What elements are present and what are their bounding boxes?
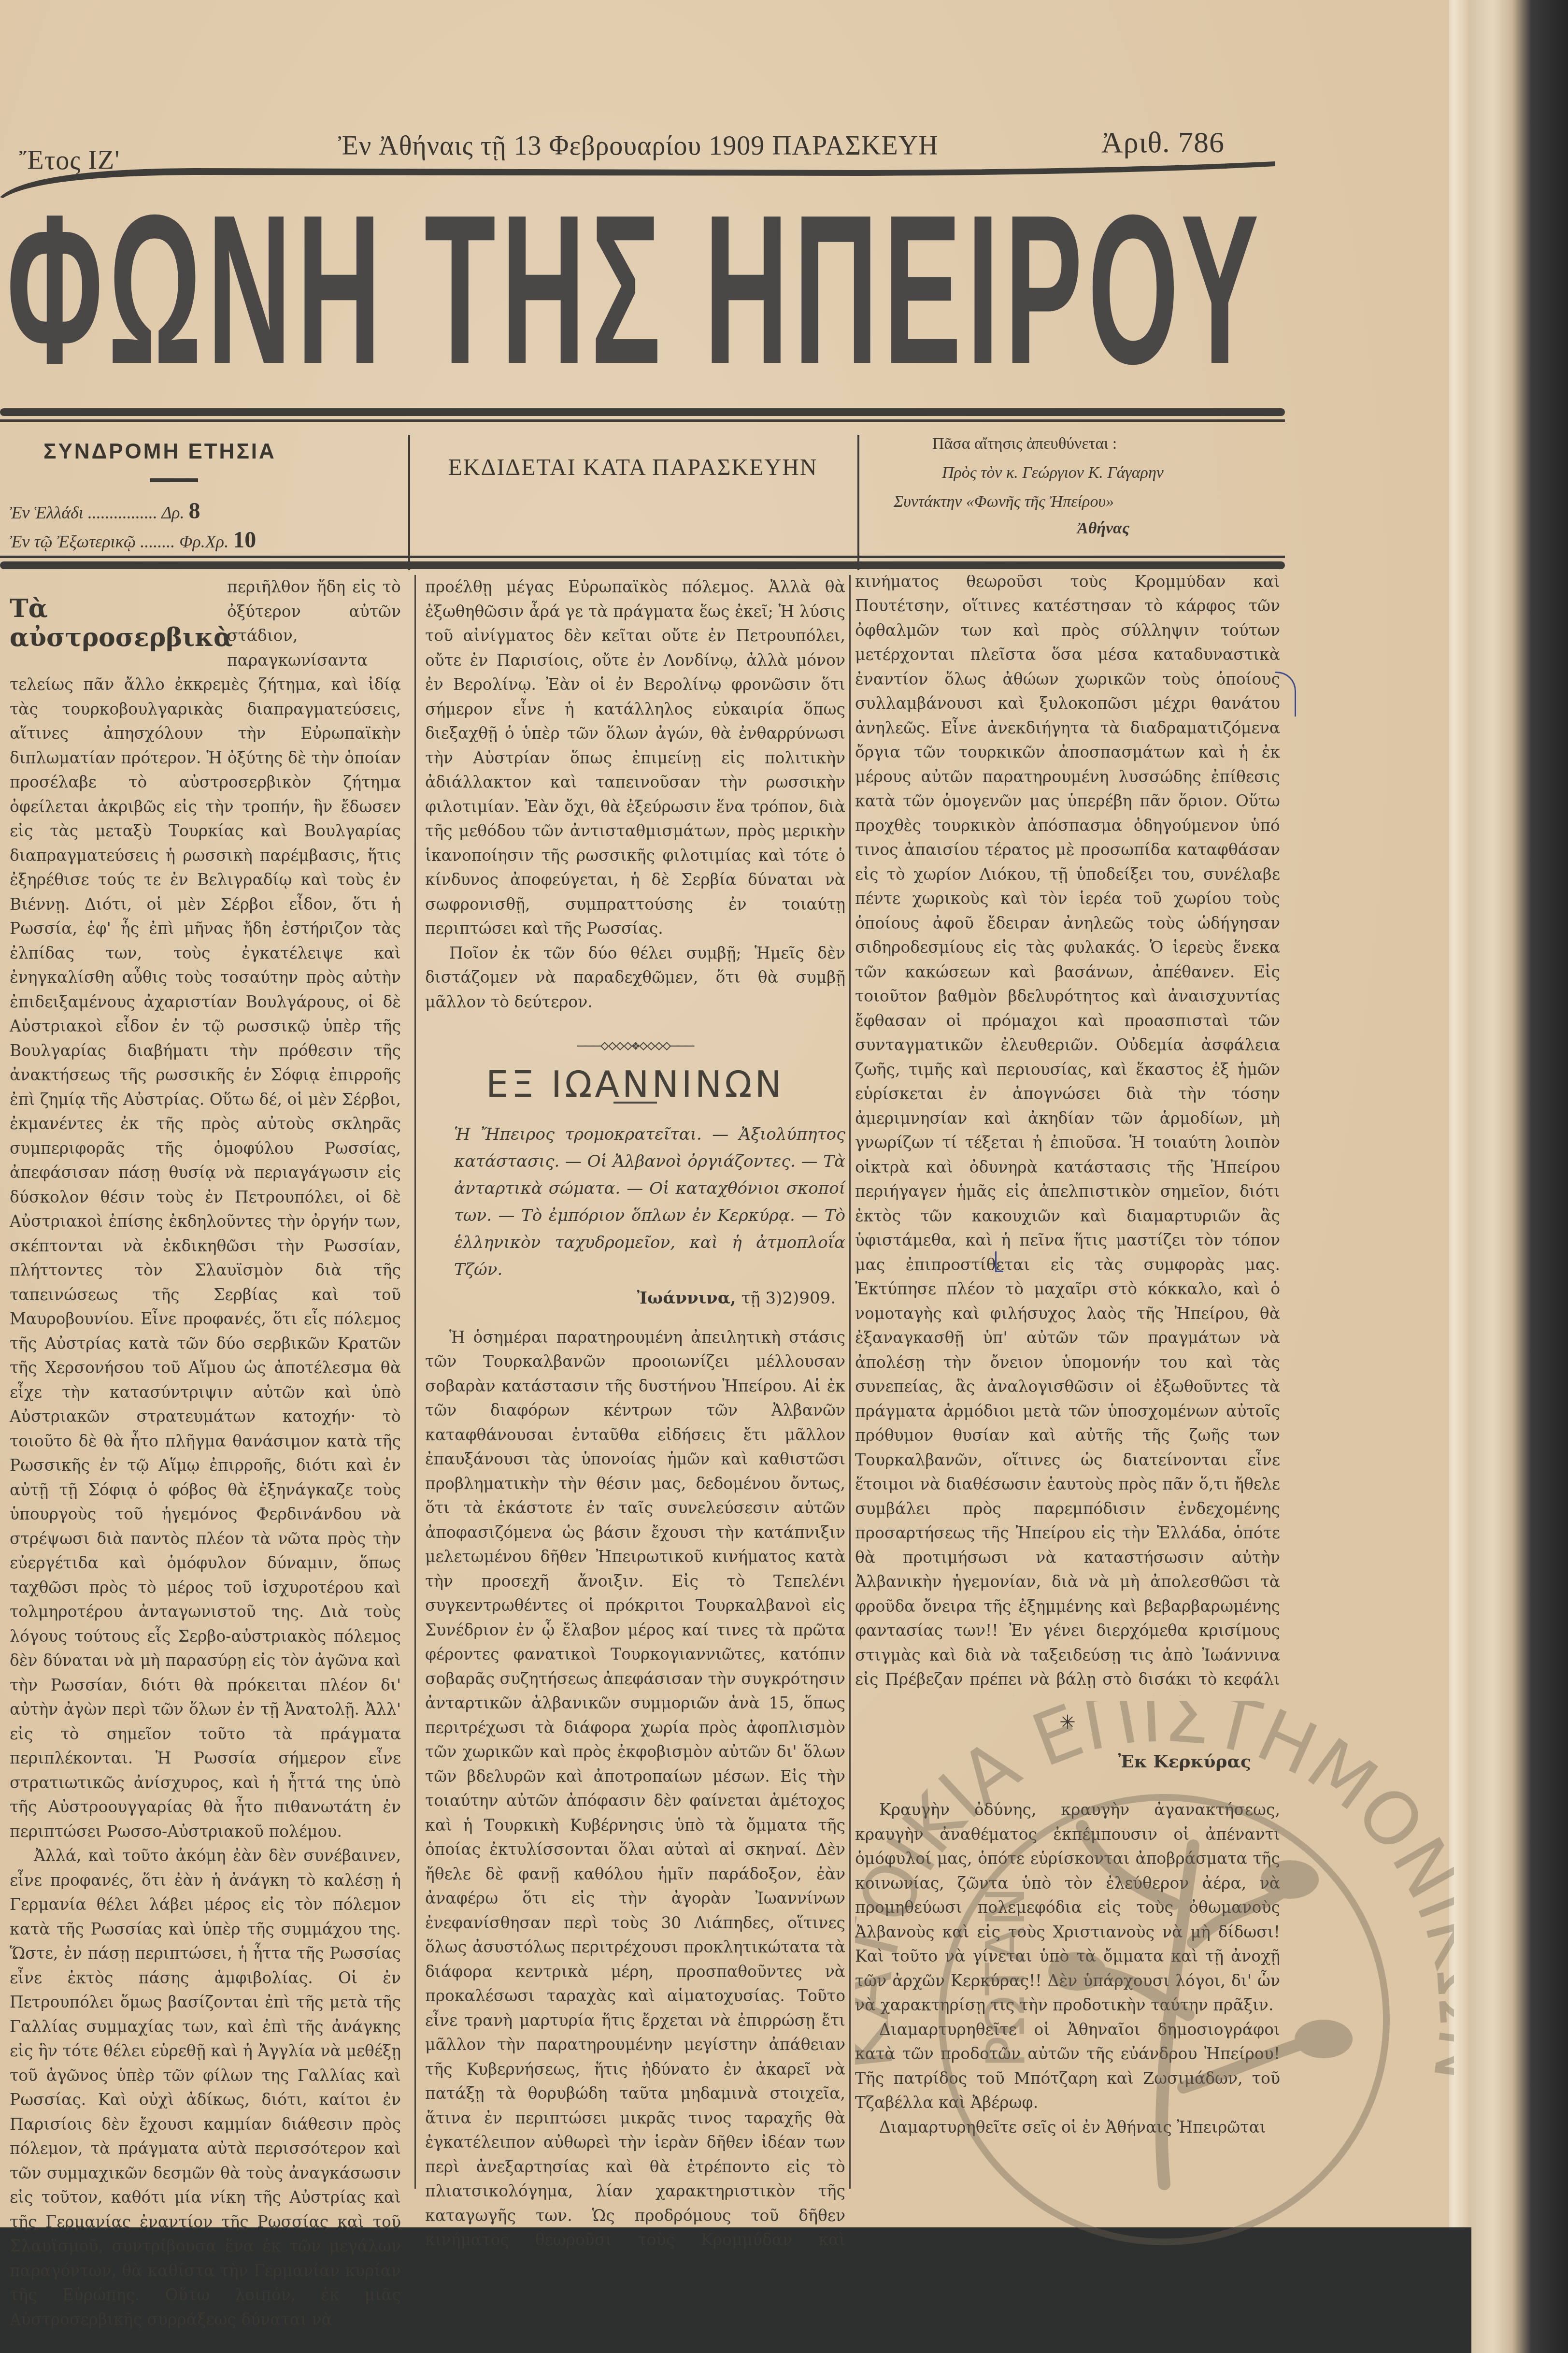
subscription-row-abroad: Ἐν τῷ Ἐξωτερικῷ ........ Φρ.Χρ. 10 [10, 527, 256, 553]
column-1: Τὰ αὐστροσερβικὰ περιῆλθον ἤδη εἰς τὸ ὀξ… [10, 575, 401, 2332]
book-binding [1454, 0, 1568, 2353]
article-paragraph: Διαμαρτυρηθεῖτε οἱ Ἀθηναῖοι δημοσιογράφο… [855, 2018, 1280, 2115]
subscription-divider [857, 435, 859, 570]
article-title-austroserbian: Τὰ αὐστροσερβικὰ [10, 594, 213, 652]
article-title-corfu: Ἐκ Κερκύρας [855, 1750, 1251, 1774]
section-star-ornament: ✳ [855, 1710, 1280, 1735]
newspaper-page: Ἔτος ΙΖ' Ἐν Ἀθήναις τῇ 13 Φεβρουαρίου 19… [0, 0, 1449, 2227]
column-2: προέλθῃ μέγας Εὐρωπαϊκὸς πόλεμος. Ἀλλὰ θ… [425, 575, 845, 2253]
subscription-bar: ΣΥΝΔΡΟΜΗ ΕΤΗΣΙΑ Ἐν Ἑλλάδι ..............… [0, 425, 1285, 570]
article-summary: Ἡ Ἤπειρος τρομοκρατεῖται. — Ἀξιολύπητος … [425, 1121, 845, 1283]
pen-annotation [995, 1251, 1003, 1272]
article-title-ioannina: ΕΞ ΙΩΑΝΝΙΝΩΝ [425, 1073, 845, 1097]
publication-note: ΕΚΔΙΔΕΤΑΙ ΚΑΤΑ ΠΑΡΑΣΚΕΥΗΝ [415, 454, 850, 481]
article-paragraph-continued: Ἡ ὁσημέραι παρατηρουμένη ἀπειλητικὴ στάσ… [855, 575, 1280, 1696]
article-byline: Ἰωάννινα, τῇ 3)2)909. [425, 1286, 836, 1311]
article-paragraph: προέλθῃ μέγας Εὐρωπαϊκὸς πόλεμος. Ἀλλὰ θ… [425, 575, 845, 941]
subscription-row-domestic: Ἐν Ἑλλάδι ................ Δρ. 8 [10, 498, 200, 524]
issue-number: Ἀριθ. 786 [1101, 126, 1225, 160]
masthead-rule-thick [0, 408, 1285, 416]
article-paragraph: Ἡ ὁσημέραι παρατηρουμένη ἀπειλητικὴ στάσ… [425, 1325, 845, 2253]
masthead-title: ΦΩΝΗ ΤΗΣ ΗΠΕΙΡΟΥ [7, 184, 1264, 396]
subscription-rule-thick [0, 561, 1285, 569]
column-divider [414, 575, 416, 2189]
masthead-rule-thin [0, 419, 1285, 422]
subscription-divider [408, 435, 410, 570]
correspondence-line: Συντάκτην «Φωνῆς τῆς Ἠπείρου» [894, 493, 1114, 511]
subscription-title: ΣΥΝΔΡΟΜΗ ΕΤΗΣΙΑ [43, 440, 276, 464]
article-paragraph: Ποῖον ἐκ τῶν δύο θέλει συμβῇ; Ἡμεῖς δὲν … [425, 941, 845, 1015]
correspondence-line: Ἀθήνας [1077, 519, 1129, 538]
article-paragraph: Ἀλλά, καὶ τοῦτο ἀκόμη ἐὰν δὲν συνέβαινεν… [10, 1844, 401, 2332]
subscription-box: ΣΥΝΔΡΟΜΗ ΕΤΗΣΙΑ Ἐν Ἑλλάδι ..............… [5, 425, 406, 570]
correspondence-line: Πρὸς τὸν κ. Γεώργιον Κ. Γάγαρην [942, 464, 1164, 482]
pen-annotation [1275, 672, 1296, 717]
column-divider [849, 575, 851, 2189]
issue-date: Ἐν Ἀθήναις τῇ 13 Φεβρουαρίου 1909 ΠΑΡΑΣΚ… [338, 130, 939, 161]
column-3: Ἡ ὁσημέραι παρατηρουμένη ἀπειλητικὴ στάσ… [855, 575, 1280, 2139]
article-paragraph: Κραυγὴν ὀδύνης, κραυγὴν ἀγανακτήσεως, κρ… [855, 1798, 1280, 2018]
subscription-dash [150, 478, 198, 482]
correspondence-line: Πᾶσα αἴτησις ἀπευθύνεται : [932, 435, 1117, 453]
masthead: ΦΩΝΗ ΤΗΣ ΗΠΕΙΡΟΥ [116, 188, 1155, 391]
ornamental-divider: ———◇◇◇◇❖◇◇◇◇——— [425, 1033, 845, 1058]
subscription-rule-thin [0, 556, 1285, 558]
article-paragraph: περιῆλθον ἤδη εἰς τὸ ὀξύτερον αὐτῶν στάδ… [10, 575, 401, 1844]
article-paragraph: Διαμαρτυρηθεῖτε σεῖς οἱ ἐν Ἀθήναις Ἠπειρ… [855, 2115, 1280, 2140]
